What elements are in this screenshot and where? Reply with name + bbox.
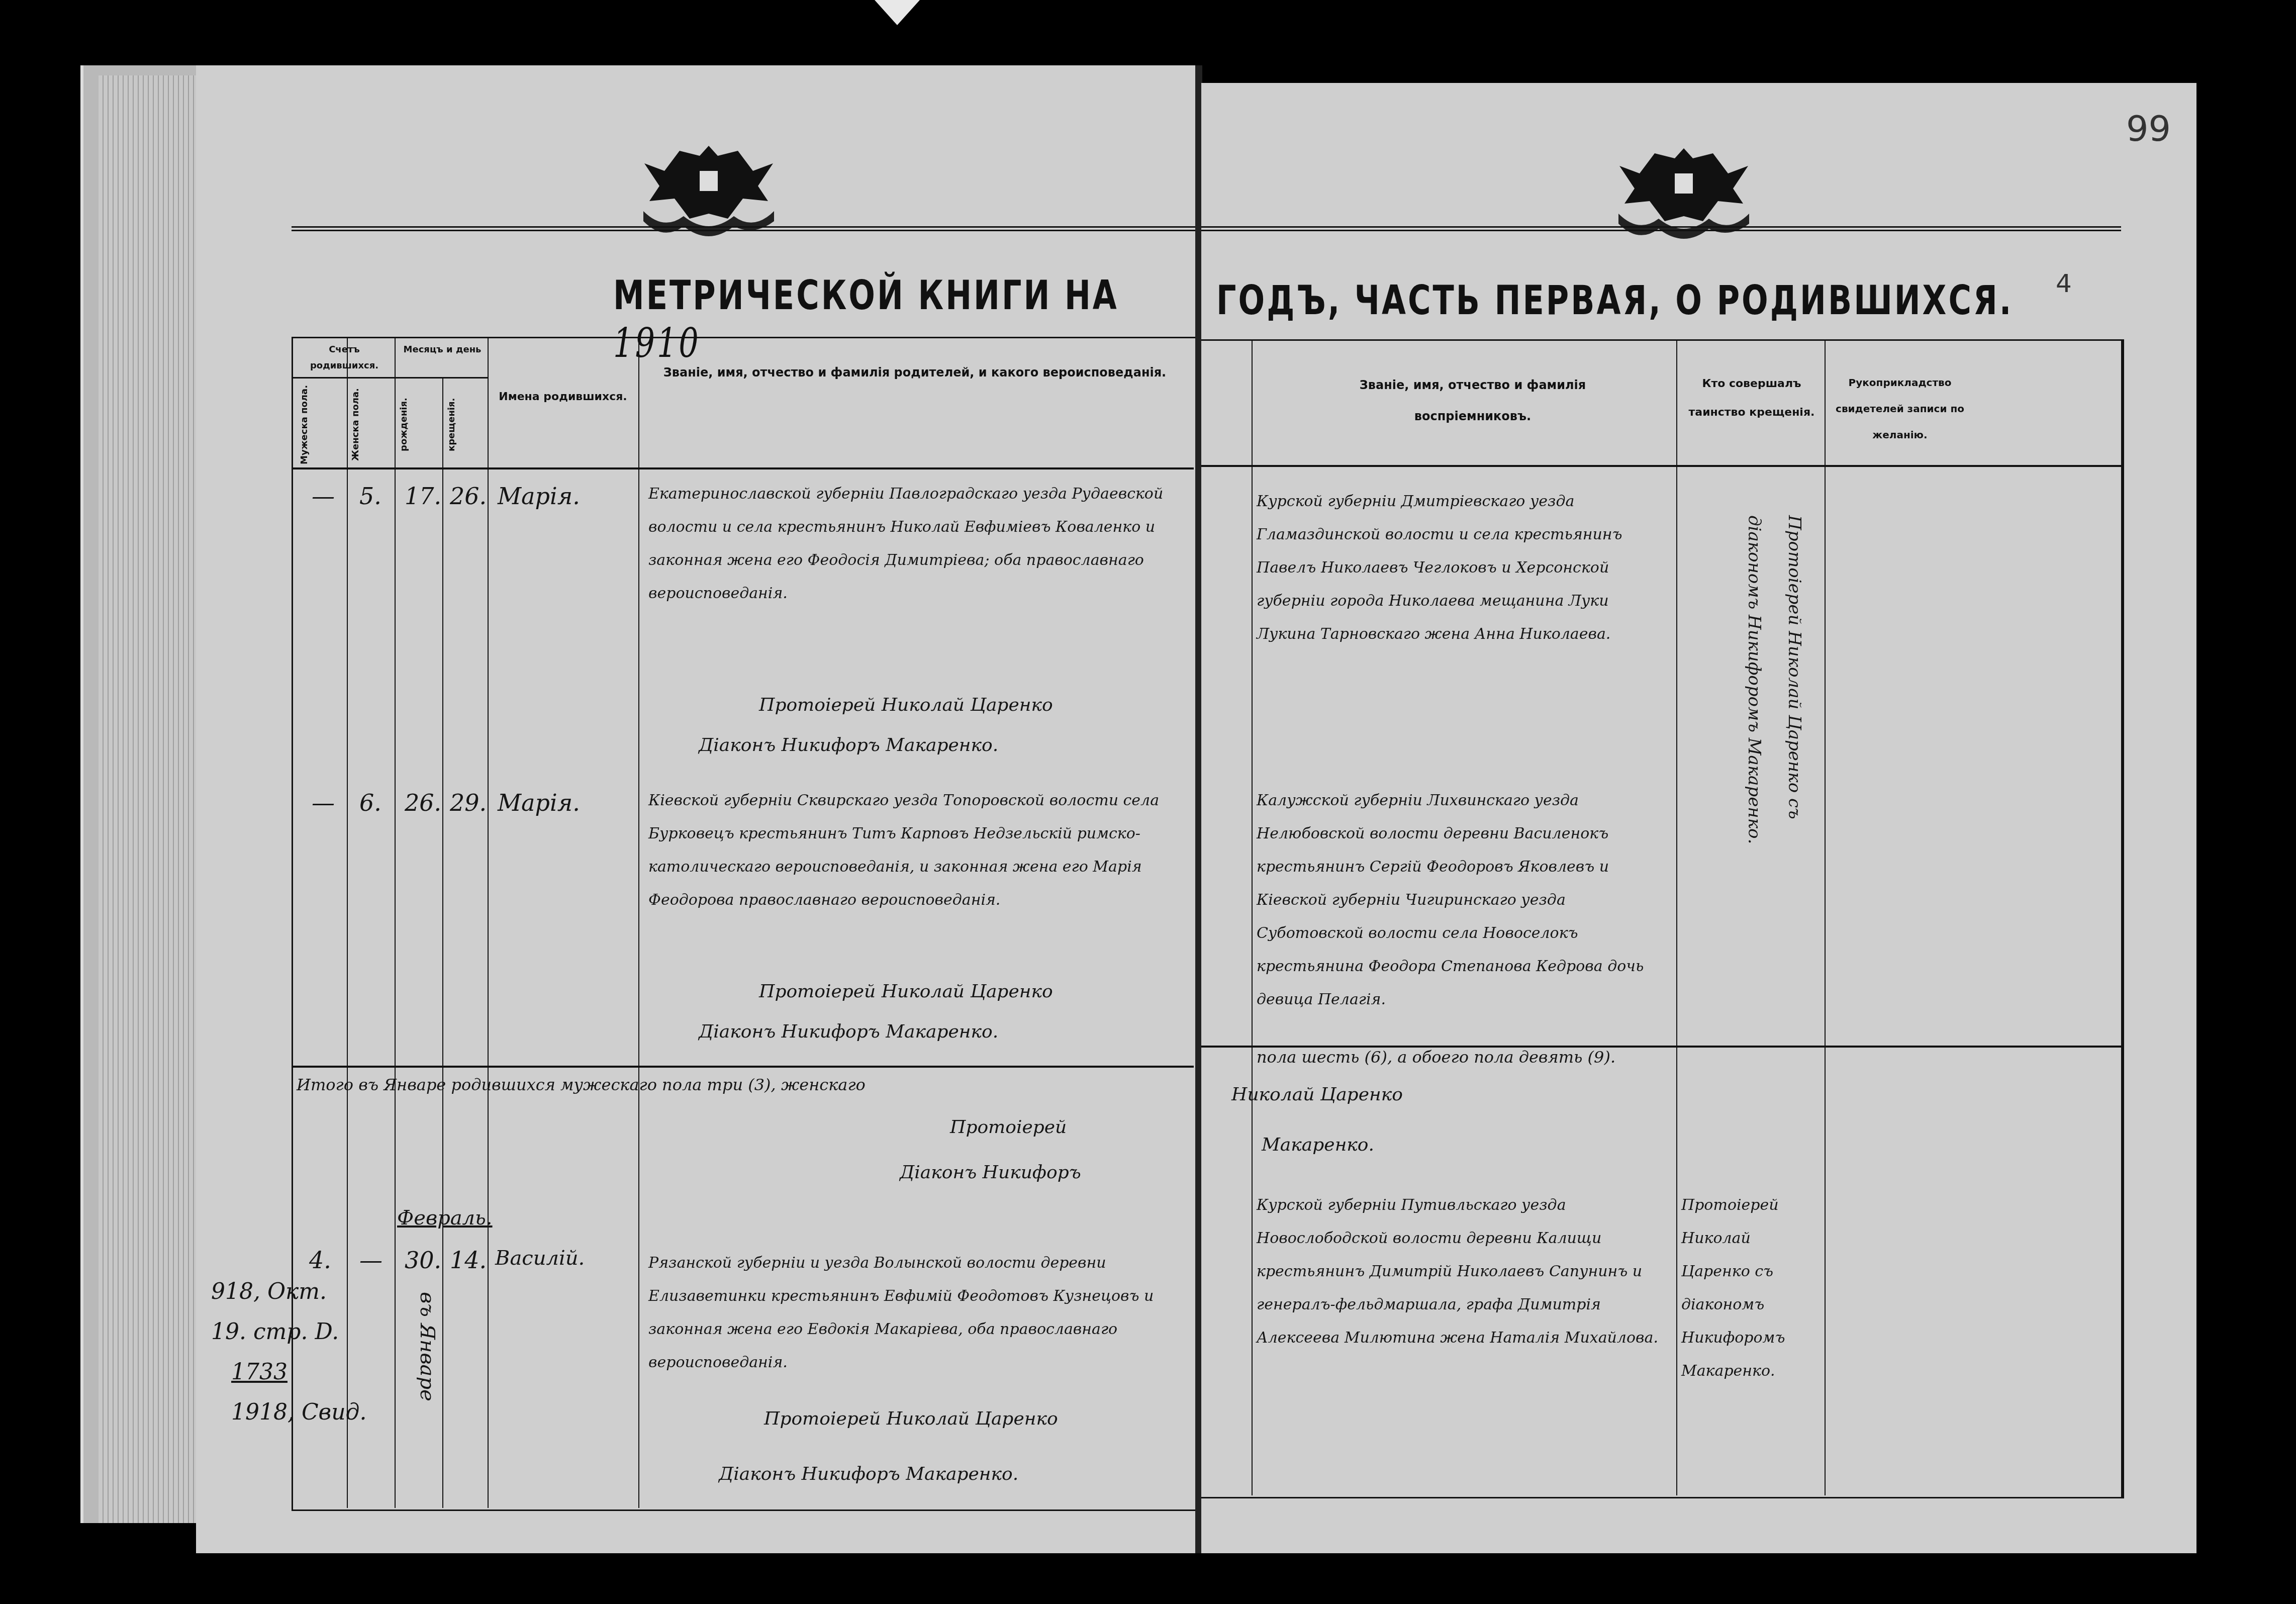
entry1-parents: Екатеринославской губерніи Павлоградскаг… (648, 478, 1176, 610)
title-right: ГОДЪ, ЧАСТЬ ПЕРВАЯ, О РОДИВШИХСЯ. (1216, 276, 2013, 324)
summary-text-left: Итого въ Январе родившихся мужескаго пол… (297, 1068, 1191, 1101)
feb-signature-deacon: Діаконъ Никифоръ Макаренко. (719, 1458, 1018, 1491)
header-witness-signatures: Рукоприкладство свидетелей записи по жел… (1830, 369, 1970, 448)
header-performed-by: Кто совершалъ таинство крещенія. (1681, 369, 1822, 427)
feb-month-label: Февраль. (397, 1201, 493, 1235)
header-frame-left (292, 226, 1196, 231)
entry2-baptism-day: 29. (450, 789, 487, 816)
entry1-birth-day: 17. (405, 483, 441, 510)
feb-name: Василій. (495, 1247, 585, 1270)
header-parents: Званіе, имя, отчество и фамилія родителе… (648, 357, 1181, 388)
page-tab-marker-icon (875, 0, 920, 25)
entry2-signature-priest: Протоіерей Николай Царенко (759, 975, 1053, 1008)
feb-female: — (359, 1247, 382, 1274)
col-line (488, 337, 489, 1508)
entry2-female: 6. (359, 789, 381, 816)
header-names: Имена родившихся. (490, 387, 636, 407)
page-stack-edge (80, 65, 214, 1523)
summary-rule-left (292, 1066, 1194, 1068)
header-count: Счетъ родившихся. (294, 342, 395, 374)
header-baptism: крещенія. (444, 382, 487, 467)
entry1-female: 5. (359, 483, 381, 510)
entry2-male: — (312, 789, 335, 816)
feb-male: 4. (309, 1247, 331, 1274)
feb-godparents: Курской губерніи Путивльскаго уезда Ново… (1257, 1189, 1669, 1355)
summary-text-right: пола шесть (6), а обоего пола девять (9)… (1257, 1041, 1809, 1074)
imperial-eagle-emblem-left (638, 136, 779, 241)
col-line (1825, 339, 1826, 1495)
col-line (395, 337, 396, 1508)
entry2-parents: Кіевской губерніи Сквирскаго уезда Топор… (648, 784, 1176, 917)
entry1-name: Марія. (498, 483, 580, 510)
entry1-baptism-day: 26. (450, 483, 487, 510)
feb-parents: Рязанской губерніи и уезда Волынской вол… (648, 1247, 1176, 1379)
feb-performed-by: Протоіерей Николай Царенко съ діакономъ … (1681, 1189, 1822, 1388)
performed-by-vertical: Протоіерей Николай Царенко съ діакономъ … (1734, 515, 1814, 917)
header-bottom-rule-right (1201, 465, 2121, 467)
right-page: 99 ГОДЪ, ЧАСТЬ ПЕРВАЯ, О РОДИВШИХСЯ. 4 З… (1201, 83, 2196, 1553)
header-bottom-rule-left (292, 467, 1194, 469)
entry1-godparents: Курской губерніи Дмитріевскаго уезда Гла… (1257, 485, 1669, 651)
entry2-signature-deacon: Діаконъ Никифоръ Макаренко. (699, 1015, 998, 1049)
archival-margin-note: 918, Окт. 19. стр. D. 1733 1918, Свид. (211, 1272, 392, 1433)
col-line (638, 337, 639, 1508)
col-line (1252, 339, 1253, 1495)
col-line (1676, 339, 1677, 1495)
summary-signature-left-1: Протоіерей (950, 1111, 1067, 1144)
page-number: 4 (2056, 269, 2072, 298)
entry2-godparents: Калужской губерніи Лихвинскаго уезда Нел… (1257, 784, 1669, 1016)
header-male: Мужеска пола. (297, 382, 344, 467)
feb-birth-day: 30. (405, 1247, 441, 1274)
summary-signature-left-2: Діаконъ Никифоръ (900, 1156, 1081, 1189)
folio-number: 99 (2126, 108, 2171, 149)
subheader-rule (292, 377, 488, 379)
feb-baptism-day: 14. (450, 1247, 487, 1274)
summary-signature-right-1: Николай Царенко (1231, 1078, 1403, 1111)
feb-signature-priest: Протоіерей Николай Царенко (764, 1402, 1058, 1436)
header-birth: рожденія. (396, 382, 441, 467)
open-register-book: МЕТРИЧЕСКОЙ КНИГИ НА 1910 Счетъ родивших… (0, 0, 2296, 1604)
entry1-signature-priest: Протоіерей Николай Царенко (759, 689, 1053, 722)
entry2-name: Марія. (498, 789, 580, 816)
header-female: Женска пола. (348, 382, 393, 467)
feb-birth-month-note: въ Январе (407, 1292, 447, 1443)
header-month-day: Месяцъ и день (397, 342, 488, 358)
entry1-signature-deacon: Діаконъ Никифоръ Макаренко. (699, 729, 998, 762)
entry1-male: — (312, 483, 335, 510)
header-frame-right (1201, 226, 2121, 231)
header-godparents: Званіе, имя, отчество и фамилія воспріем… (1332, 369, 1613, 432)
summary-signature-right-2: Макаренко. (1262, 1128, 1374, 1162)
entry2-birth-day: 26. (405, 789, 441, 816)
